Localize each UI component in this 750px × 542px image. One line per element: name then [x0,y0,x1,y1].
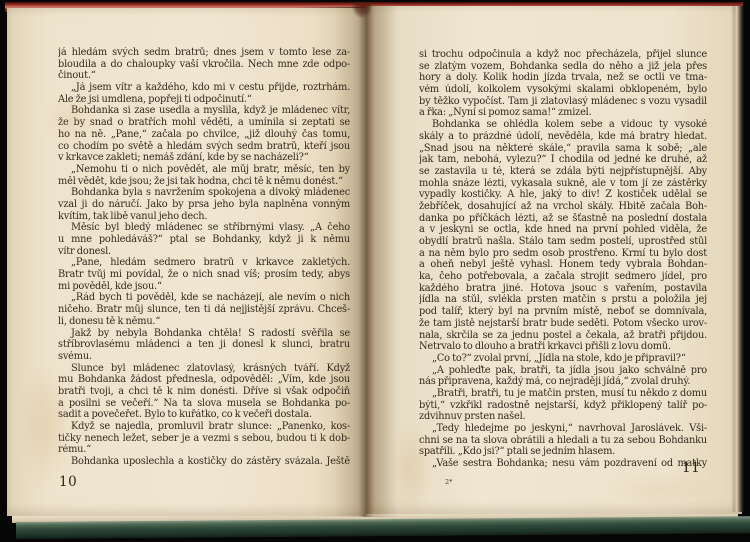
text-line: by těžko vypočíst. Tam ji zlatovlasý mlá… [419,96,707,108]
text-line: se zlatým vozem, Bohdanka sedla do něho … [419,61,707,73]
text-line: „Nemohu ti o nich povědět, ale můj bratr… [58,164,350,176]
text-line: jídla na stůl, svlékla prsten matčin s p… [419,294,707,306]
text-line: činout.“ [58,70,350,82]
text-line: ho na ně. „Pane,“ začala po chvilce, „ji… [58,129,350,141]
text-line: Bratr tvůj mi povídal, že o nich snad ví… [58,269,350,281]
text-line: že by snad o bratřích mohl věděti, a umí… [58,117,350,129]
gutter-top-shadow [352,2,372,18]
text-line: co chodím po světě a hledám svých sedm b… [58,141,350,153]
text-line: žebříček, dosahující až na vrchol skály.… [419,201,707,213]
text-line: rému.“ [58,444,350,456]
text-line: já hledám svých sedm bratrů; dnes jsem v… [58,47,350,59]
text-line: mi pověděl, kde jsou.“ [58,281,350,293]
text-line: Bohdanka uposlechla a kostičky do zástěr… [58,456,350,468]
text-line: jak tam, nebohá, vylezu?“ I chodila od j… [419,154,707,166]
left-page-text: já hledám svých sedm bratrů; dnes jsem v… [58,47,350,468]
text-line: chni se na ta slova obrátili a hledali a… [419,435,707,447]
text-line: se zastavila u té, která se zdála býti n… [419,166,707,178]
text-line: Netrvalo to dlouho a bratři krkavci přiš… [419,341,707,353]
right-page-text: si trochu odpočinula a když noc přecháze… [419,49,707,470]
text-line: spatřili. „Kdo jsi?“ ptali se jedním hla… [419,446,707,458]
text-line: „Tedy hledejme po jeskyni,“ navrhoval Ja… [419,423,707,435]
text-line: li, donesu tě k němu.“ [58,316,350,328]
text-line: Měsíc byl bledý mládenec se stříbrnými v… [58,222,350,234]
page-edge-stack [731,6,744,512]
text-line: že tam jistě nejstarší bratr bude seděti… [419,318,707,330]
text-line: ničeho. Bratr můj slunce, ten ti dá nejj… [58,304,350,316]
text-line: bloudila a do chaloupky vaší vkročila. N… [58,59,350,71]
text-line: Bohdanka si zase usedla a myslila, když … [58,105,350,117]
right-page: si trochu odpočinula a když noc přecháze… [366,6,742,514]
text-line: „Co to?“ zvolal první, „Jídla na stole, … [419,353,707,365]
text-line: „Snad jsou na některé skále,“ pravila sa… [419,143,707,155]
signature-mark: 2* [445,478,452,486]
text-line: „Pane, hledám sedmero bratrů v krkavce z… [58,257,350,269]
text-line: u mne pohledáváš?“ ptal se Bohdanky, kdy… [58,234,350,246]
text-line: pod talíř, který byl na prvním místě, ne… [419,306,707,318]
text-line: Když se najedla, promluvil bratr slunce:… [58,421,350,433]
text-line: Bohdanka byla s navržením spokojena a di… [58,187,350,199]
text-line: a řka: „Nyní si pomoz sama!“ zmizel. [419,107,707,119]
text-line: Bohdanka se ohlédla kolem sebe a vidouc … [419,119,707,131]
text-line: zdvihnuv prsten našel. [419,411,707,423]
text-line: skály a to prázdné údolí, nevěděla, kde … [419,131,707,143]
text-line: měl vědět, kde jsou; že jsi tak hodna, c… [58,176,350,188]
text-line: obydlí bratrů našla. Stálo tam sedm post… [419,236,707,248]
text-line: kvítím, tak libě vanul jeho dech. [58,211,350,223]
text-line: býti,“ vzkřikl radostně nejstarší, když … [419,400,707,412]
text-line: mu Bohdanka žádost přednesla, odpověděl:… [58,374,350,386]
text-line: „A pohleďte pak, bratři, ta jídla jsou j… [419,365,707,377]
book-photo: já hledám svých sedm bratrů; dnes jsem v… [0,0,750,542]
text-line: vzal ji do náručí. Jako by prsa jeho byl… [58,199,350,211]
page-number-left: 10 [59,474,77,490]
text-line: vypadly kostičky. A hle, jaký to div! Z … [419,189,707,201]
text-line: bratři tvoji, a chci tě k nim donésti. D… [58,386,350,398]
text-line: nala, skrčila se za jednu postel a čekal… [419,330,707,342]
text-line: „Já jsem vítr a každého, kdo mi v cestu … [58,82,350,94]
text-line: svému. [58,351,350,363]
text-line: mohla snáze lézti, vykasala sukně, ale v… [419,178,707,190]
text-line: nás připravena, každý má, co nejraději j… [419,376,707,388]
text-line: a v jeskyni se octla, kde hned na první … [419,224,707,236]
text-line: Slunce byl mládenec zlatovlasý, krásných… [58,363,350,375]
text-line: tičky nenech ležet, seber je a vezmi s s… [58,433,350,445]
text-line: a oheň nebyl ještě vyhasl. Honem tedy vy… [419,259,707,271]
left-page: já hledám svých sedm bratrů; dnes jsem v… [7,8,366,516]
text-line: sadit a povečeřet. Bylo to kuřátko, co k… [58,409,350,421]
text-line: vítr donesl. [58,246,350,258]
text-line: stříbrovlasému mládenci a ten ji donesl … [58,339,350,351]
text-line: danka po příčkách lézti, až se šťastně n… [419,213,707,225]
text-line: a posilni se večeří.“ Na ta slova musela… [58,398,350,410]
text-line: „Vaše sestra Bohdanka; nesu vám pozdrave… [419,458,707,470]
page-number-right: 11 [682,460,700,476]
text-line: ka, čeho potřebovala, a začala strojit s… [419,271,707,283]
text-line: každého bratra jiné. Hotova jsouc s vaře… [419,283,707,295]
text-line: v krkavce zakleti; nemáš zdání, kde by s… [58,152,350,164]
text-line: Ale že jsi umdlena, popřeji ti odpočinut… [58,94,350,106]
text-line: Jakž by nebyla Bohdanka chtěla! S radost… [58,328,350,340]
text-line: hory a doly. Kolik hodin jízda trvala, n… [419,72,707,84]
text-line: „Rád bych ti pověděl, kde se nacházejí, … [58,292,350,304]
text-line: „Bratři, bratři, tu je matčin prsten, mu… [419,388,707,400]
text-line: a na něm bylo pro sedm osob prostřeno. K… [419,248,707,260]
text-line: vém údolí, kolkolem vysokými skalami obk… [419,84,707,96]
text-line: si trochu odpočinula a když noc přecháze… [419,49,707,61]
